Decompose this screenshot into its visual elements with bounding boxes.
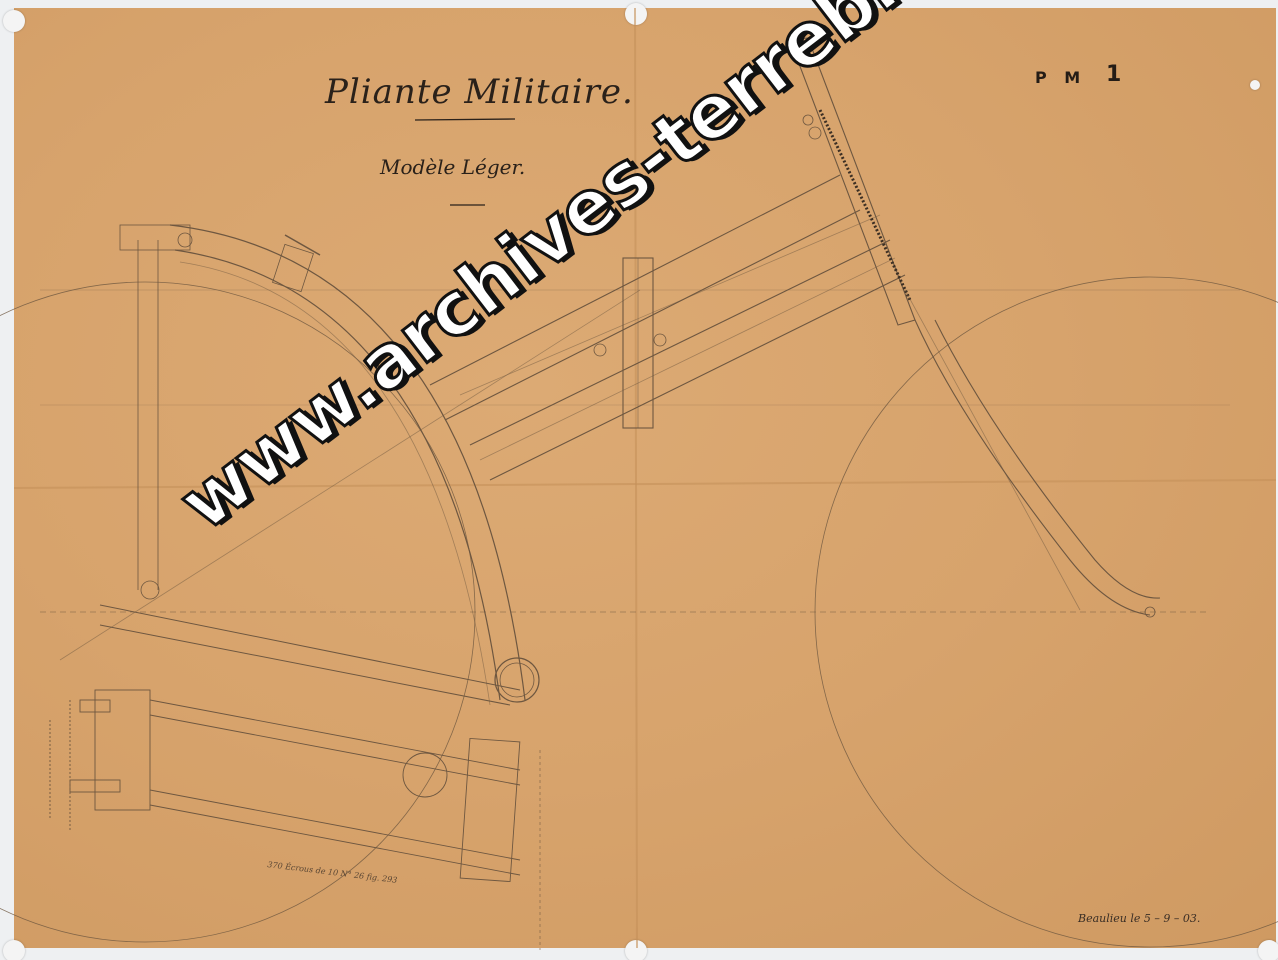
drawing-title: Pliante Militaire. [325,72,634,112]
plate-code: P M [1035,68,1086,87]
drawing-subtitle: Modèle Léger. [380,155,525,179]
signature-date: Beaulieu le 5 – 9 – 03. [1078,912,1200,925]
plate-number: 1 [1106,62,1121,87]
